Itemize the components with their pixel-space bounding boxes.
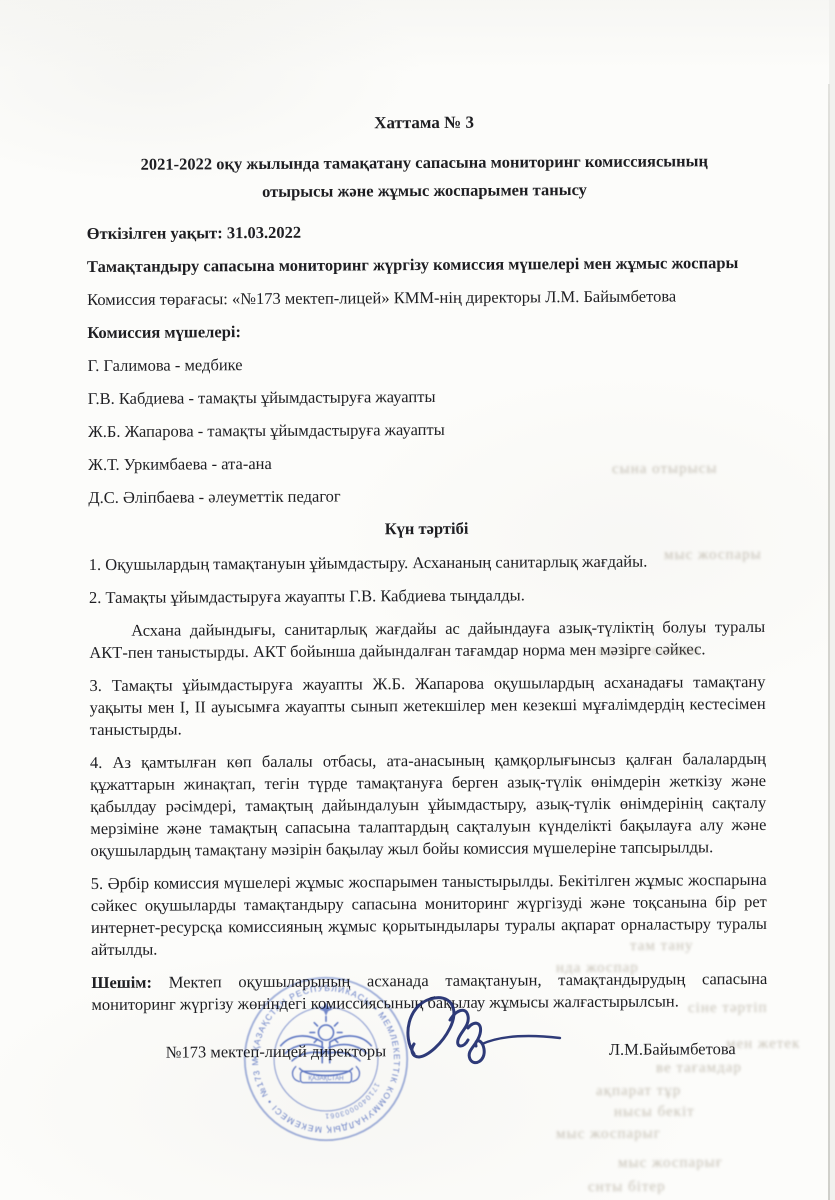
bleed-through-text: нд кестесімен bbox=[598, 643, 700, 661]
document-body: Хаттама № 3 2021-2022 оқу жылында тамақа… bbox=[86, 110, 768, 1064]
held-time-line: Өткізілген уақыт: 31.03.2022 bbox=[87, 219, 763, 245]
agenda-item-3: 3. Тамақты ұйымдастыруға жауапты Ж.Б. Жа… bbox=[89, 671, 765, 741]
bleed-through-text: нда жоспар bbox=[556, 960, 639, 977]
member-line-2: Г.В. Кабдиева - тамақты ұйымдастыруға жа… bbox=[88, 384, 764, 410]
page-edge-shadow bbox=[828, 84, 830, 1200]
bleed-through-text: сіне тәртіп bbox=[688, 1000, 768, 1017]
bleed-through-text: мыс жоспарығ bbox=[618, 1155, 723, 1173]
bleed-through-text: ақпарат тұр bbox=[596, 1083, 681, 1100]
stamp-inner-ring bbox=[274, 1007, 378, 1111]
agenda-item-4: 4. Аз қамтылған көп балалы отбасы, ата-а… bbox=[90, 748, 767, 862]
member-line-1: Г. Галимова - медбике bbox=[87, 351, 763, 377]
decision-label: Шешім: bbox=[91, 973, 152, 992]
agenda-heading: Күн тәртібі bbox=[88, 516, 764, 542]
document-subtitle: 2021-2022 оқу жылында тамақатану сапасын… bbox=[104, 147, 744, 207]
bleed-through-text: ве тағамдар bbox=[656, 1060, 742, 1077]
bleed-through-text: мыс жоспары bbox=[664, 547, 762, 565]
chairman-line: Комиссия төрағасы: «№173 мектеп-лицей» К… bbox=[87, 285, 763, 311]
bleed-through-text: снты бітер bbox=[588, 1179, 666, 1196]
kazakhstan-emblem bbox=[281, 1002, 372, 1082]
document-title: Хаттама № 3 bbox=[86, 110, 762, 136]
agenda-item-2: 2. Тамақты ұйымдастыруға жауапты Г.В. Ка… bbox=[89, 583, 765, 609]
member-line-3: Ж.Б. Жапарова - тамақты ұйымдастыруға жа… bbox=[88, 417, 764, 443]
bleed-through-text: мыс жоспарыг bbox=[556, 1126, 661, 1144]
scanned-document-page: Хаттама № 3 2021-2022 оқу жылында тамақа… bbox=[0, 0, 835, 1200]
stamp-banner-text: ҚАЗАҚСТАН bbox=[308, 1075, 343, 1082]
member-line-5: Д.С. Әліпбаева - әлеуметтік педагог bbox=[88, 483, 764, 509]
bleed-through-text: сына отырысы bbox=[612, 461, 718, 479]
members-heading: Комиссия мүшелері: bbox=[87, 318, 763, 344]
official-stamp: • ҚАЗАҚСТАН РЕСПУБЛИКАСЫ • МЕМЛЕКЕТТІК К… bbox=[226, 974, 426, 1144]
plan-heading-line: Тамақтандыру сапасына мониторинг жүргізу… bbox=[87, 252, 763, 278]
bleed-through-text: там тану bbox=[630, 938, 694, 955]
handwritten-signature bbox=[398, 992, 570, 1080]
bleed-through-text: нысы бекіт bbox=[614, 1104, 695, 1121]
bleed-through-text: мен жетек bbox=[726, 1036, 800, 1053]
